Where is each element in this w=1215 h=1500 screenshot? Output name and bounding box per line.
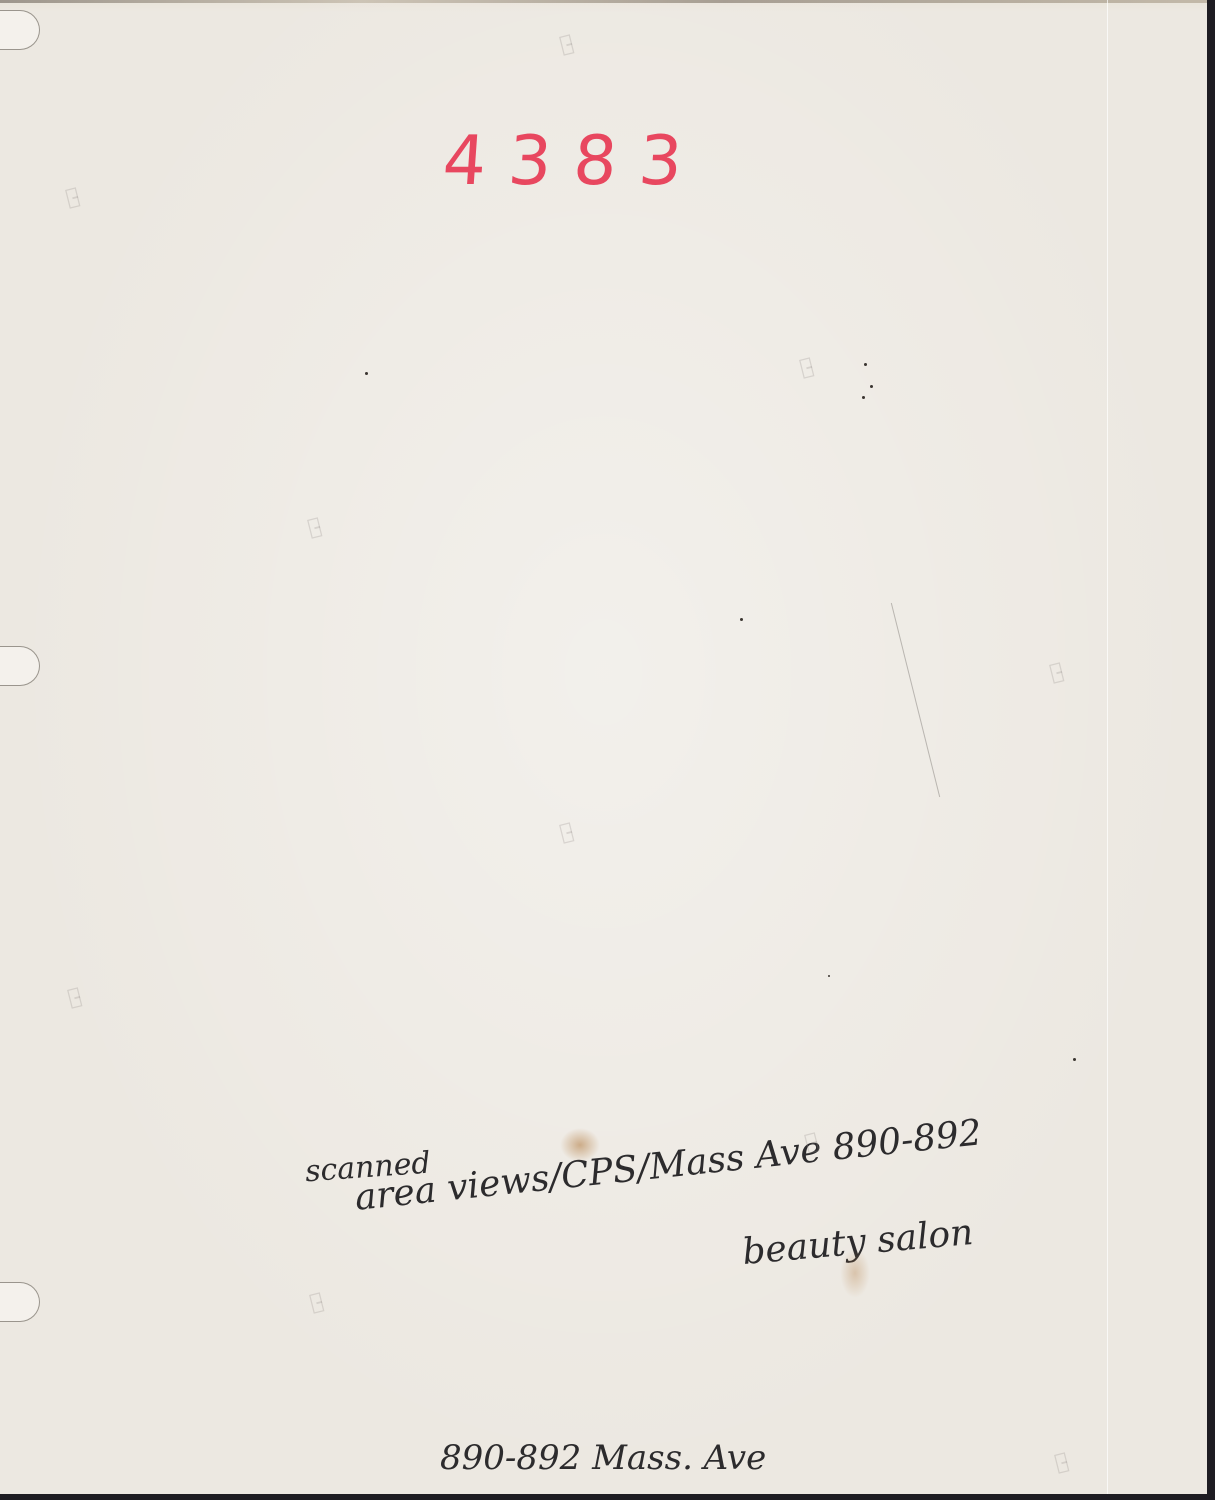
speck <box>365 372 368 375</box>
speck <box>1073 1058 1076 1061</box>
catalog-number: 4383 <box>440 122 707 201</box>
watermark-stamp: 訂̵ <box>557 819 575 846</box>
watermark-stamp: 訂̵ <box>307 1289 325 1316</box>
watermark-stamp: 訂̵ <box>1047 659 1065 686</box>
watermark-stamp: 訂̵ <box>1052 1449 1070 1476</box>
speck <box>870 385 873 388</box>
right-fold-line <box>1107 0 1108 1494</box>
watermark-stamp: 訂̵ <box>797 354 815 381</box>
top-edge <box>0 0 1207 3</box>
speck <box>828 975 830 977</box>
speck <box>740 618 743 621</box>
watermark-stamp: 訂̵ <box>557 31 575 58</box>
binder-hole-bottom <box>0 1282 40 1322</box>
binder-hole-middle <box>0 646 40 686</box>
annotation-address: 890-892 Mass. Ave <box>440 1438 766 1478</box>
stain <box>560 1128 600 1162</box>
binder-hole-top <box>0 10 40 50</box>
speck <box>862 396 865 399</box>
watermark-stamp: 訂̵ <box>65 984 83 1011</box>
stain <box>840 1248 870 1298</box>
watermark-stamp: 訂̵ <box>63 184 81 211</box>
watermark-stamp: 訂̵ <box>305 514 323 541</box>
document-sheet: 4383 scanned area views/CPS/Mass Ave 890… <box>0 0 1207 1494</box>
annotation-path: area views/CPS/Mass Ave 890-892 <box>353 1112 984 1219</box>
speck <box>864 363 867 366</box>
scratch-mark <box>891 603 940 797</box>
